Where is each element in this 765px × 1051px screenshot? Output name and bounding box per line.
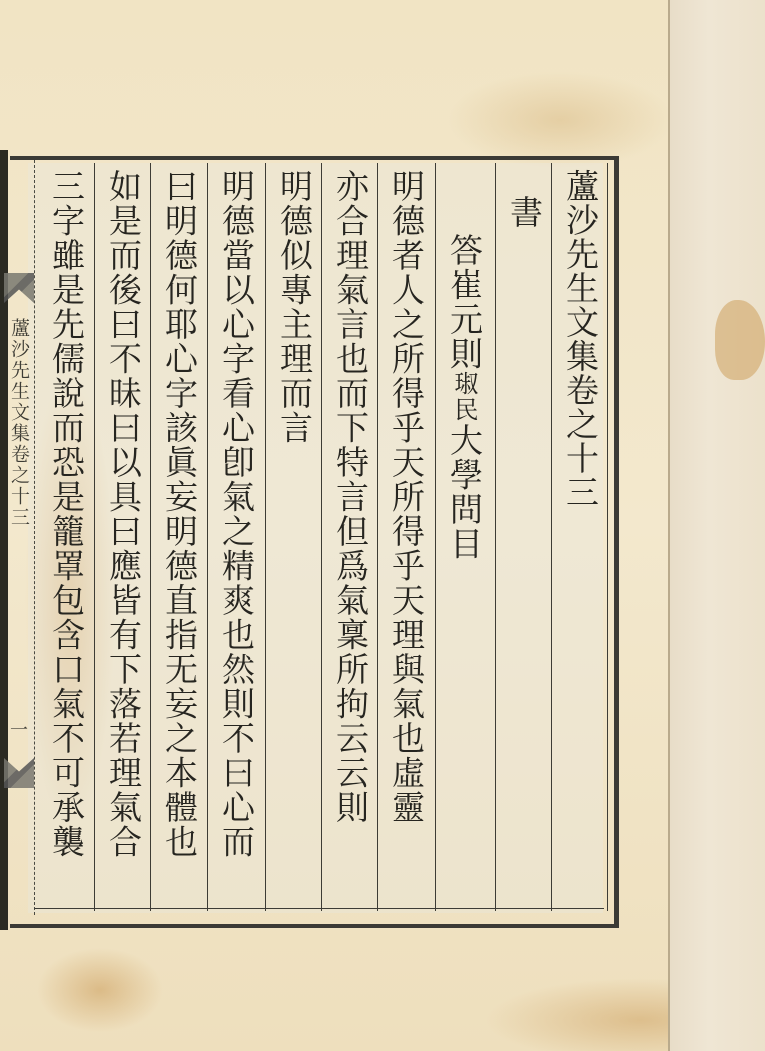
fishtail-top-icon <box>4 273 34 303</box>
text-column-3: 明德似專主理而言 <box>266 163 322 911</box>
section-label: 書 <box>500 195 548 230</box>
text-column-2: 亦合理氣言也而下特言但爲氣稟所拘云云則 <box>322 163 378 911</box>
adjacent-leaf <box>668 0 765 1051</box>
text-line: 亦合理氣言也而下特言但爲氣稟所拘云云則 <box>326 169 374 825</box>
title-column: 蘆沙先生文集卷之十三 <box>552 163 608 911</box>
water-stain <box>715 300 765 380</box>
letter-title-annotation: 琡民 <box>450 371 478 423</box>
center-margin <box>0 160 35 915</box>
text-column-7: 三字雖是先儒說而恐是籠罩包含口氣不可承襲 <box>38 163 95 911</box>
book-title: 蘆沙先生文集卷之十三 <box>556 169 604 509</box>
letter-title: 答崔元則琡民大學問目 <box>440 233 488 561</box>
text-column-4: 明德當以心字看心卽氣之精爽也然則不曰心而 <box>208 163 266 911</box>
bottom-rule <box>34 908 604 909</box>
letter-title-subject: 大學問目 <box>445 423 484 561</box>
text-line: 如是而後曰不昧曰以具曰應皆有下落若理氣合 <box>99 169 147 859</box>
text-column-5: 曰明德何耶心字該眞妄明德直指无妄之本體也 <box>151 163 208 911</box>
text-line: 曰明德何耶心字該眞妄明德直指无妄之本體也 <box>155 169 203 859</box>
text-line: 明德似專主理而言 <box>270 169 318 445</box>
letter-title-main: 答崔元則 <box>445 233 484 371</box>
text-line: 明德者人之所得乎天所得乎天理與氣也虛靈 <box>382 169 430 825</box>
fishtail-bottom-icon <box>4 758 34 788</box>
text-line: 明德當以心字看心卽氣之精爽也然則不曰心而 <box>212 169 260 859</box>
text-column-6: 如是而後曰不昧曰以具曰應皆有下落若理氣合 <box>95 163 151 911</box>
margin-page-number: 一 <box>10 720 30 738</box>
margin-book-title: 蘆沙先生文集卷之十三 <box>8 318 30 528</box>
letter-title-column: 答崔元則琡民大學問目 <box>436 163 496 911</box>
text-column-1: 明德者人之所得乎天所得乎天理與氣也虛靈 <box>378 163 436 911</box>
section-column: 書 <box>496 163 552 911</box>
text-line: 三字雖是先儒說而恐是籠罩包含口氣不可承襲 <box>42 169 90 859</box>
